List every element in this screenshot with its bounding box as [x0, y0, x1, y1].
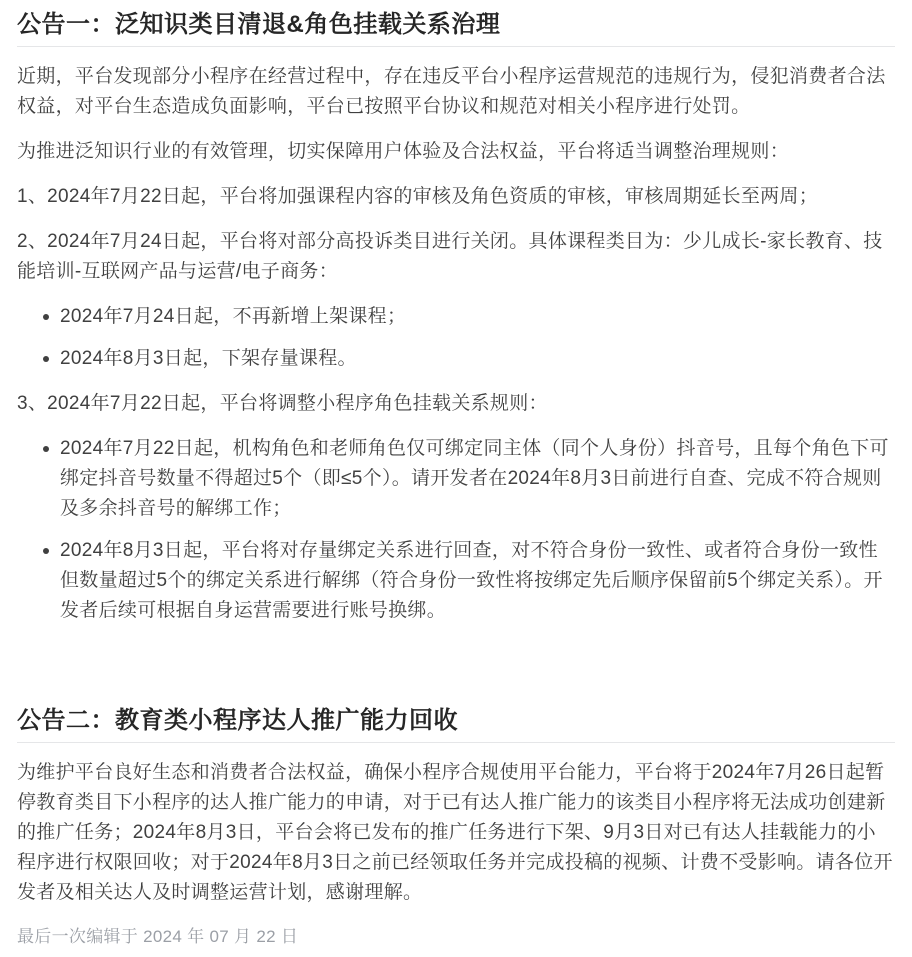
list-item: 2024年7月24日起，不再新增上架课程；	[60, 302, 895, 332]
rule2-bullet-list: 2024年7月24日起，不再新增上架课程； 2024年8月3日起，下架存量课程。	[17, 302, 895, 374]
document-page: 公告一：泛知识类目清退&角色挂载关系治理 近期，平台发现部分小程序在经营过程中，…	[0, 0, 912, 950]
announcement1-policy-paragraph: 为推进泛知识行业的有效管理，切实保障用户体验及合法权益，平台将适当调整治理规则：	[17, 137, 895, 167]
announcement1-intro-paragraph: 近期，平台发现部分小程序在经营过程中，存在违反平台小程序运营规范的违规行为，侵犯…	[17, 62, 895, 122]
announcement1-title: 公告一：泛知识类目清退&角色挂载关系治理	[17, 0, 895, 46]
list-item: 2024年8月3日起，平台将对存量绑定关系进行回查，对不符合身份一致性、或者符合…	[60, 536, 895, 626]
rule3-bullet-list: 2024年7月22日起，机构角色和老师角色仅可绑定同主体（同个人身份）抖音号，且…	[17, 434, 895, 626]
announcement1-rule1-paragraph: 1、2024年7月22日起，平台将加强课程内容的审核及角色资质的审核，审核周期延…	[17, 182, 895, 212]
announcement2-body-paragraph: 为维护平台良好生态和消费者合法权益，确保小程序合规使用平台能力，平台将于2024…	[17, 758, 895, 908]
divider	[17, 742, 895, 743]
announcement1-section: 公告一：泛知识类目清退&角色挂载关系治理 近期，平台发现部分小程序在经营过程中，…	[17, 0, 895, 626]
announcement2-title: 公告二：教育类小程序达人推广能力回收	[17, 696, 895, 742]
list-item: 2024年8月3日起，下架存量课程。	[60, 344, 895, 374]
divider	[17, 46, 895, 47]
last-edited-timestamp: 最后一次编辑于 2024 年 07 月 22 日	[17, 924, 895, 950]
announcement1-rule3-paragraph: 3、2024年7月22日起，平台将调整小程序角色挂载关系规则：	[17, 389, 895, 419]
announcement1-rule2-paragraph: 2、2024年7月24日起，平台将对部分高投诉类目进行关闭。具体课程类目为：少儿…	[17, 227, 895, 287]
list-item: 2024年7月22日起，机构角色和老师角色仅可绑定同主体（同个人身份）抖音号，且…	[60, 434, 895, 524]
announcement2-section: 公告二：教育类小程序达人推广能力回收 为维护平台良好生态和消费者合法权益，确保小…	[17, 696, 895, 950]
